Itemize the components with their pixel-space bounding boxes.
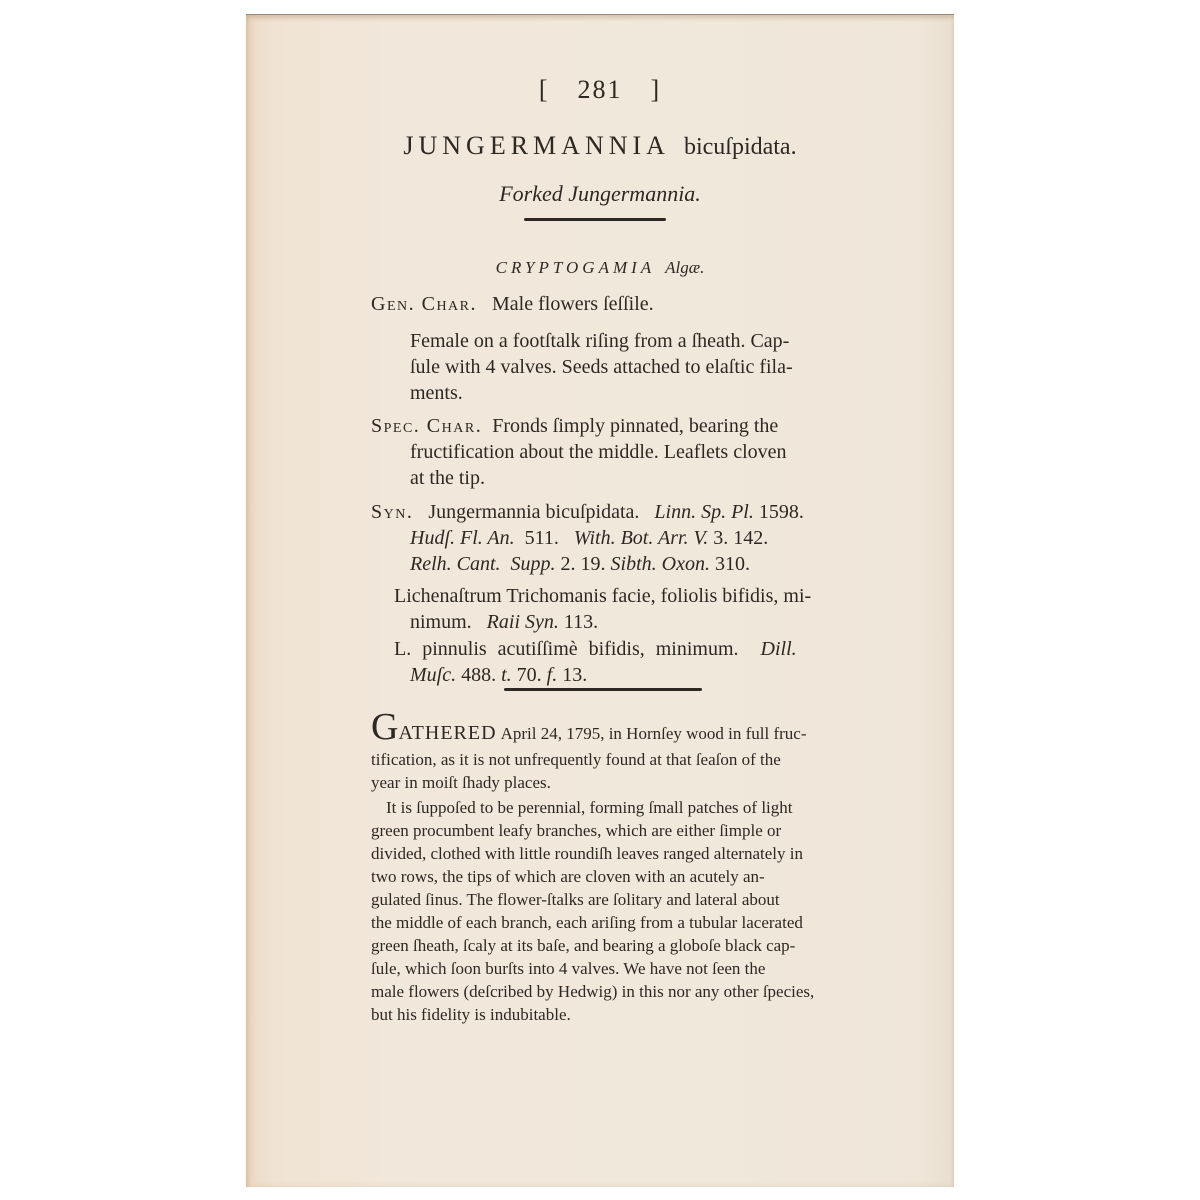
description-first-line: GATHEREDApril 24, 1795, in Hornſey wood …: [371, 712, 807, 745]
citation-ref: Relh. Cant.: [410, 553, 501, 575]
citation-ref: Supp.: [511, 553, 556, 575]
gen-char-text: Female on a footſtalk riſing from a ſhea…: [410, 328, 789, 354]
spec-char-text: fructification about the middle. Leaflet…: [410, 439, 787, 465]
paragraph-text: April 24, 1795, in Hornſey wood in full …: [501, 724, 807, 743]
citation-num: 310.: [715, 553, 750, 575]
page-number: [281]: [246, 75, 954, 105]
order-name: Algæ.: [665, 258, 704, 277]
citation-ref: Dill.: [761, 638, 797, 660]
class-name: CRYPTOGAMIA: [496, 258, 656, 277]
citation-ref: Sibth. Oxon.: [611, 553, 710, 575]
genus-name: JUNGERMANNIA: [403, 131, 670, 160]
syn-citation-line: Hudſ. Fl. An. 511. With. Bot. Arr. V. 3.…: [410, 525, 768, 551]
citation-ref: Raii Syn.: [487, 611, 559, 633]
synonym-lichenastrum: Lichenaſtrum Trichomanis facie, foliolis…: [394, 583, 811, 609]
citation-ref: With. Bot. Arr. V.: [574, 527, 708, 549]
spec-char-text: Fronds ſimply pinnated, bearing the: [492, 415, 778, 437]
paragraph-line: divided, clothed with little roundiſh le…: [371, 842, 803, 865]
paragraph-line: green procumbent leafy branches, which a…: [371, 819, 781, 842]
citation-ref: f.: [547, 664, 558, 686]
paragraph-line: It is ſuppoſed to be perennial, forming …: [386, 796, 793, 819]
spec-char-line: Spec. Char. Fronds ſimply pinnated, bear…: [371, 413, 778, 439]
paragraph-line: tification, as it is not unfrequently fo…: [371, 748, 781, 771]
paragraph-line: male flowers (deſcribed by Hedwig) in th…: [371, 980, 814, 1003]
synonym-text: L. pinnulis acutiſſimè bifidis, minimum.: [394, 638, 739, 660]
bracket-right: ]: [651, 75, 662, 105]
folio-number: 281: [578, 75, 623, 104]
gen-char-text: Male flowers ſeſſile.: [492, 293, 654, 315]
citation-ref: Muſc.: [410, 664, 456, 686]
syn-line: Syn. Jungermannia bicuſpidata. Linn. Sp.…: [371, 499, 804, 525]
ornamental-rule-top: [524, 218, 666, 221]
citation-num: 2. 19.: [561, 553, 606, 575]
synonym-pinnulis: L. pinnulis acutiſſimè bifidis, minimum.…: [394, 636, 797, 662]
synonym-text: nimum.: [410, 611, 472, 633]
syn-citation-line: Relh. Cant. Supp. 2. 19. Sibth. Oxon. 31…: [410, 551, 750, 577]
ornamental-rule-middle: [504, 688, 702, 691]
citation-num: 113.: [564, 611, 598, 633]
citation-num: 70.: [517, 664, 542, 686]
bracket-left: [: [539, 75, 550, 105]
spec-char-label: Spec. Char.: [371, 415, 482, 437]
gen-char-text: ſule with 4 valves. Seeds attached to el…: [410, 354, 793, 380]
common-name: Forked Jungermannia.: [246, 181, 954, 207]
paragraph-line: gulated ſinus. The flower-ſtalks are ſol…: [371, 888, 780, 911]
page-title: JUNGERMANNIAbicuſpidata.: [246, 131, 954, 161]
paragraph-line: year in moiſt ſhady places.: [371, 771, 551, 794]
citation-num: 3. 142.: [713, 527, 768, 549]
gen-char-label: Gen. Char.: [371, 293, 477, 315]
paragraph-line: green ſheath, ſcaly at its baſe, and bea…: [371, 934, 795, 957]
book-page: [281] JUNGERMANNIAbicuſpidata. Forked Ju…: [246, 14, 954, 1187]
paragraph-line: two rows, the tips of which are cloven w…: [371, 865, 765, 888]
drop-cap-rest: ATHERED: [398, 722, 496, 744]
citation-num: 13.: [562, 664, 587, 686]
paragraph-line: but his fidelity is indubitable.: [371, 1003, 571, 1026]
synonym-lichenastrum-cont: nimum. Raii Syn. 113.: [410, 609, 598, 635]
drop-cap: G: [371, 706, 398, 748]
paragraph-line: the middle of each branch, each ariſing …: [371, 911, 803, 934]
citation-ref: Linn. Sp. Pl.: [654, 501, 753, 523]
classification: CRYPTOGAMIAAlgæ.: [246, 258, 954, 278]
species-name: bicuſpidata.: [684, 134, 797, 160]
synonym-pinnulis-cont: Muſc. 488. t. 70. f. 13.: [410, 662, 587, 688]
syn-label: Syn.: [371, 501, 413, 523]
paragraph-line: ſule, which ſoon burſts into 4 valves. W…: [371, 957, 765, 980]
citation-ref: t.: [501, 664, 512, 686]
citation-num: 1598.: [759, 501, 804, 523]
synonym-name: Jungermannia bicuſpidata.: [428, 501, 639, 523]
citation-num: 488.: [461, 664, 496, 686]
gen-char-line: Gen. Char. Male flowers ſeſſile.: [371, 291, 654, 317]
spec-char-text: at the tip.: [410, 465, 485, 491]
gen-char-text: ments.: [410, 380, 463, 406]
citation-num: 511.: [525, 527, 559, 549]
citation-ref: Hudſ. Fl. An.: [410, 527, 515, 549]
